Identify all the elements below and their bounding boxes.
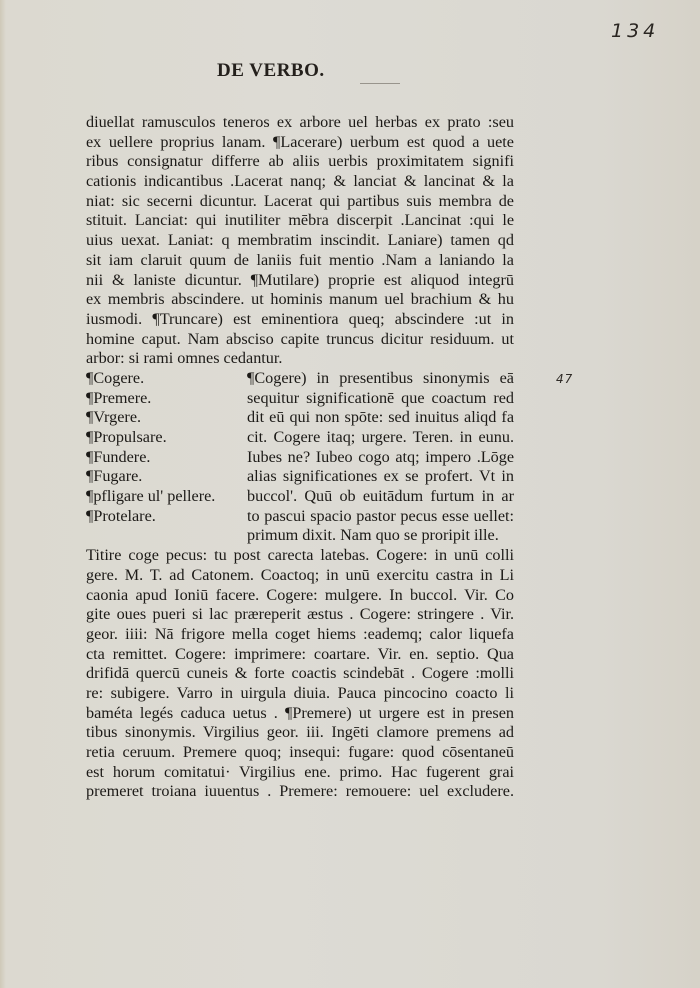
text-line: nii & laniste dicuntur. ¶Mutilare) propr… [86, 271, 514, 291]
synonym-row: ¶Fugare. alias significationes ex se pro… [86, 467, 514, 487]
synonym-row: ¶pfligare ul' pellere. buccol'. Quū ob e… [86, 487, 514, 507]
synonym-entry: ¶Fugare. [86, 467, 247, 487]
paragraph-top: diuellat ramusculos teneros ex arbore ue… [86, 113, 514, 369]
text-line: alias significationes ex se profert. Vt … [247, 467, 514, 487]
synonym-entry: ¶Fundere. [86, 448, 247, 468]
text-line: drifidā quercū cuneis & forte coactis sc… [86, 664, 514, 684]
synonym-row: primum dixit. Nam quo se proripit ille. [86, 526, 514, 546]
synonym-entry: ¶Propulsare. [86, 428, 247, 448]
text-line: cit. Cogere itaq; urgere. Teren. in eunu… [247, 428, 514, 448]
head-rule-divider [360, 83, 400, 84]
text-line: gite oues pueri si lac præreperit æstus … [86, 605, 514, 625]
synonym-row: ¶Premere. sequitur significationē que co… [86, 389, 514, 409]
paragraph-bottom: Titire coge pecus: tu post carecta lateb… [86, 546, 514, 802]
synonym-entry: ¶Premere. [86, 389, 247, 409]
text-line: gere. M. T. ad Catonem. Coactoq; in unū … [86, 566, 514, 586]
synonym-row: ¶Fundere. Iubes ne? Iubeo cogo atq; impe… [86, 448, 514, 468]
synonym-entry: ¶pfligare ul' pellere. [86, 487, 247, 507]
text-line: cta remittet. Cogere: imprimere: coartar… [86, 645, 514, 665]
synonym-row: ¶Protelare. to pascui spacio pastor pecu… [86, 507, 514, 527]
synonym-entry: ¶Cogere. [86, 369, 247, 389]
text-line: arbor: si rami omnes cedantur. [86, 349, 514, 369]
manuscript-page: 134 DE VERBO. 47 diuellat ramusculos ten… [0, 0, 700, 988]
text-line: retia ceruum. Premere quoq; insequi: fug… [86, 743, 514, 763]
text-line: Titire coge pecus: tu post carecta lateb… [86, 546, 514, 566]
text-line: baméta legés caduca uetus . ¶Premere) ut… [86, 704, 514, 724]
text-line: cationis indicantibus .Lacerat nanq; & l… [86, 172, 514, 192]
text-line: uius uexat. Laniat: q membratim inscindi… [86, 231, 514, 251]
text-line: primum dixit. Nam quo se proripit ille. [247, 526, 514, 546]
text-line: geor. iiii: Nā frigore mella coget hiems… [86, 625, 514, 645]
synonym-row: ¶Cogere. ¶Cogere) in presentibus sinonym… [86, 369, 514, 389]
synonym-entry: ¶Protelare. [86, 507, 247, 527]
text-line: sit iam claruit quum de laniis fuit ment… [86, 251, 514, 271]
text-line: caonia apud Ioniū facere. Cogere: mulger… [86, 586, 514, 606]
synonym-entry: ¶Vrgere. [86, 408, 247, 428]
text-line: iusmodi. ¶Truncare) est eminentiora queq… [86, 310, 514, 330]
text-line: premeret troiana iuuentus . Premere: rem… [86, 782, 514, 802]
text-line: to pascui spacio pastor pecus esse uelle… [247, 507, 514, 527]
synonym-row: ¶Propulsare. cit. Cogere itaq; urgere. T… [86, 428, 514, 448]
text-line: ex uellere proprius lanam. ¶Lacerare) ue… [86, 133, 514, 153]
text-line: sequitur significationē que coactum red [247, 389, 514, 409]
text-line: Iubes ne? Iubeo cogo atq; impero .Lōge [247, 448, 514, 468]
synonym-section: ¶Cogere. ¶Cogere) in presentibus sinonym… [86, 369, 514, 546]
text-line: dit eū qui non spōte: sed inuitus aliqd … [247, 408, 514, 428]
text-line: stituit. Lanciat: qui inutiliter mēbra d… [86, 211, 514, 231]
text-line: buccol'. Quū ob euitādum furtum in ar [247, 487, 514, 507]
synonym-entry [86, 526, 247, 546]
text-line: homine caput. Nam absciso capite truncus… [86, 330, 514, 350]
body-text: diuellat ramusculos teneros ex arbore ue… [86, 113, 514, 802]
text-line: ribus consignatur differre ab aliis uerb… [86, 152, 514, 172]
text-line: re: subigere. Varro in uirgula diuia. Pa… [86, 684, 514, 704]
text-line: tibus sinonymis. Virgilius geor. iii. In… [86, 723, 514, 743]
text-line: est horum comitatui· Virgilius ene. prim… [86, 763, 514, 783]
synonym-row: ¶Vrgere. dit eū qui non spōte: sed inuit… [86, 408, 514, 428]
margin-note: 47 [556, 372, 573, 386]
text-line: niat: sic secerni dicuntur. Lacerat qui … [86, 192, 514, 212]
running-head: DE VERBO. [217, 60, 325, 82]
text-line: diuellat ramusculos teneros ex arbore ue… [86, 113, 514, 133]
text-line: ex membris abscindere. ut hominis manum … [86, 290, 514, 310]
text-line: ¶Cogere) in presentibus sinonymis eā [247, 369, 514, 389]
folio-number: 134 [611, 20, 659, 42]
